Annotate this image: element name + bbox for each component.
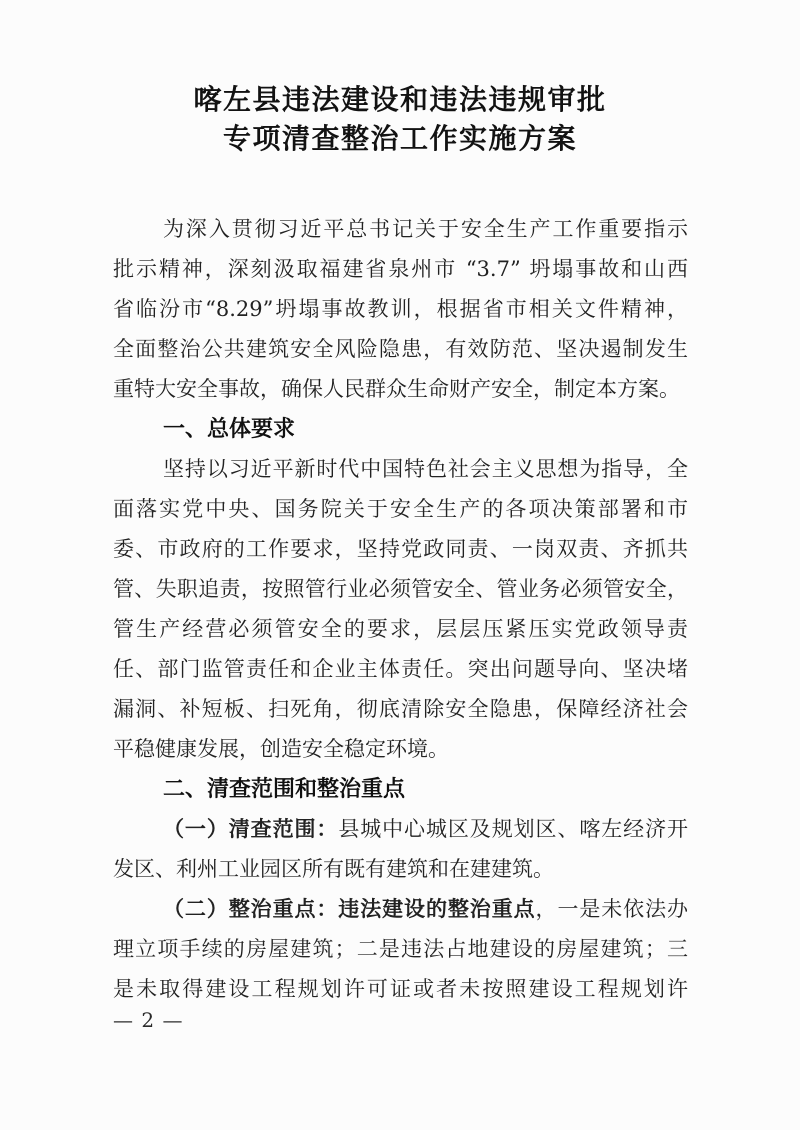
text-line: 任、部门监管责任和企业主体责任。突出问题导向、坚决堵: [113, 649, 688, 689]
text-segment: 全面整治公共建筑安全风险隐患，有效防范、坚决遏制发生: [113, 337, 688, 361]
document-title-line-1: 喀左县违法建设和违法违规审批: [0, 80, 800, 119]
text-line: 面落实党中央、国务院关于安全生产的各项决策部署和市: [113, 489, 688, 529]
document-body: 为深入贯彻习近平总书记关于安全生产工作重要指示批示精神，深刻汲取福建省泉州市 “…: [113, 209, 688, 1009]
text-line: 管生产经营必须管安全的要求，层层压紧压实党政领导责: [113, 609, 688, 649]
text-segment: 省临汾市“8.29”坍塌事故教训，根据省市相关文件精神，: [113, 297, 688, 321]
document-page: 喀左县违法建设和违法违规审批 专项清查整治工作实施方案 为深入贯彻习近平总书记关…: [0, 0, 800, 1130]
text-segment-bold: （一）清查范围：: [163, 816, 338, 841]
text-line: 委、市政府的工作要求，坚持党政同责、一岗双责、齐抓共: [113, 529, 688, 569]
text-segment: 委、市政府的工作要求，坚持党政同责、一岗双责、齐抓共: [113, 537, 688, 561]
text-segment: 平稳健康发展，创造安全稳定环境。: [113, 737, 449, 761]
text-line: （二）整治重点：违法建设的整治重点，一是未依法办: [113, 889, 688, 929]
text-line: 是未取得建设工程规划许可证或者未按照建设工程规划许: [113, 969, 688, 1009]
text-line: 为深入贯彻习近平总书记关于安全生产工作重要指示: [113, 209, 688, 249]
text-line: 省临汾市“8.29”坍塌事故教训，根据省市相关文件精神，: [113, 289, 688, 329]
text-line: 全面整治公共建筑安全风险隐患，有效防范、坚决遏制发生: [113, 329, 688, 369]
text-segment: 为深入贯彻习近平总书记关于安全生产工作重要指示: [163, 217, 688, 241]
text-line: 重特大安全事故，确保人民群众生命财产安全，制定本方案。: [113, 369, 688, 409]
text-line: 理立项手续的房屋建筑；二是违法占地建设的房屋建筑；三: [113, 929, 688, 969]
text-segment: 重特大安全事故，确保人民群众生命财产安全，制定本方案。: [113, 377, 680, 401]
text-line: 管、失职追责，按照管行业必须管安全、管业务必须管安全，: [113, 569, 688, 609]
text-segment: 任、部门监管责任和企业主体责任。突出问题导向、坚决堵: [113, 657, 688, 681]
text-segment: 理立项手续的房屋建筑；二是违法占地建设的房屋建筑；三: [113, 937, 688, 961]
text-line: 漏洞、补短板、扫死角，彻底清除安全隐患，保障经济社会: [113, 689, 688, 729]
text-segment: 是未取得建设工程规划许可证或者未按照建设工程规划许: [113, 977, 688, 1001]
text-segment: 县城中心城区及规划区、喀左经济开: [338, 817, 688, 841]
text-line: 发区、利州工业园区所有既有建筑和在建建筑。: [113, 849, 688, 889]
document-title-line-2: 专项清查整治工作实施方案: [0, 119, 800, 158]
document-title: 喀左县违法建设和违法违规审批 专项清查整治工作实施方案: [0, 80, 800, 158]
text-segment: 面落实党中央、国务院关于安全生产的各项决策部署和市: [113, 497, 688, 521]
text-segment: 批示精神，深刻汲取福建省泉州市 “3.7” 坍塌事故和山西: [113, 257, 688, 281]
text-line: 平稳健康发展，创造安全稳定环境。: [113, 729, 688, 769]
text-segment-bold: （二）整治重点：违法建设的整治重点: [163, 896, 536, 921]
text-segment: ，一是未依法办: [536, 897, 688, 921]
page-number-label: — 2 —: [113, 1006, 183, 1034]
text-segment: 坚持以习近平新时代中国特色社会主义思想为指导，全: [163, 457, 688, 481]
text-segment: 管、失职追责，按照管行业必须管安全、管业务必须管安全，: [113, 577, 688, 601]
text-segment: 发区、利州工业园区所有既有建筑和在建建筑。: [113, 857, 554, 881]
section-heading: 二、清查范围和整治重点: [113, 769, 688, 809]
text-line: 坚持以习近平新时代中国特色社会主义思想为指导，全: [113, 449, 688, 489]
section-heading: 一、总体要求: [113, 409, 688, 449]
text-line: 批示精神，深刻汲取福建省泉州市 “3.7” 坍塌事故和山西: [113, 249, 688, 289]
text-segment: 管生产经营必须管安全的要求，层层压紧压实党政领导责: [113, 617, 688, 641]
text-line: （一）清查范围：县城中心城区及规划区、喀左经济开: [113, 809, 688, 849]
text-segment: 漏洞、补短板、扫死角，彻底清除安全隐患，保障经济社会: [113, 697, 688, 721]
